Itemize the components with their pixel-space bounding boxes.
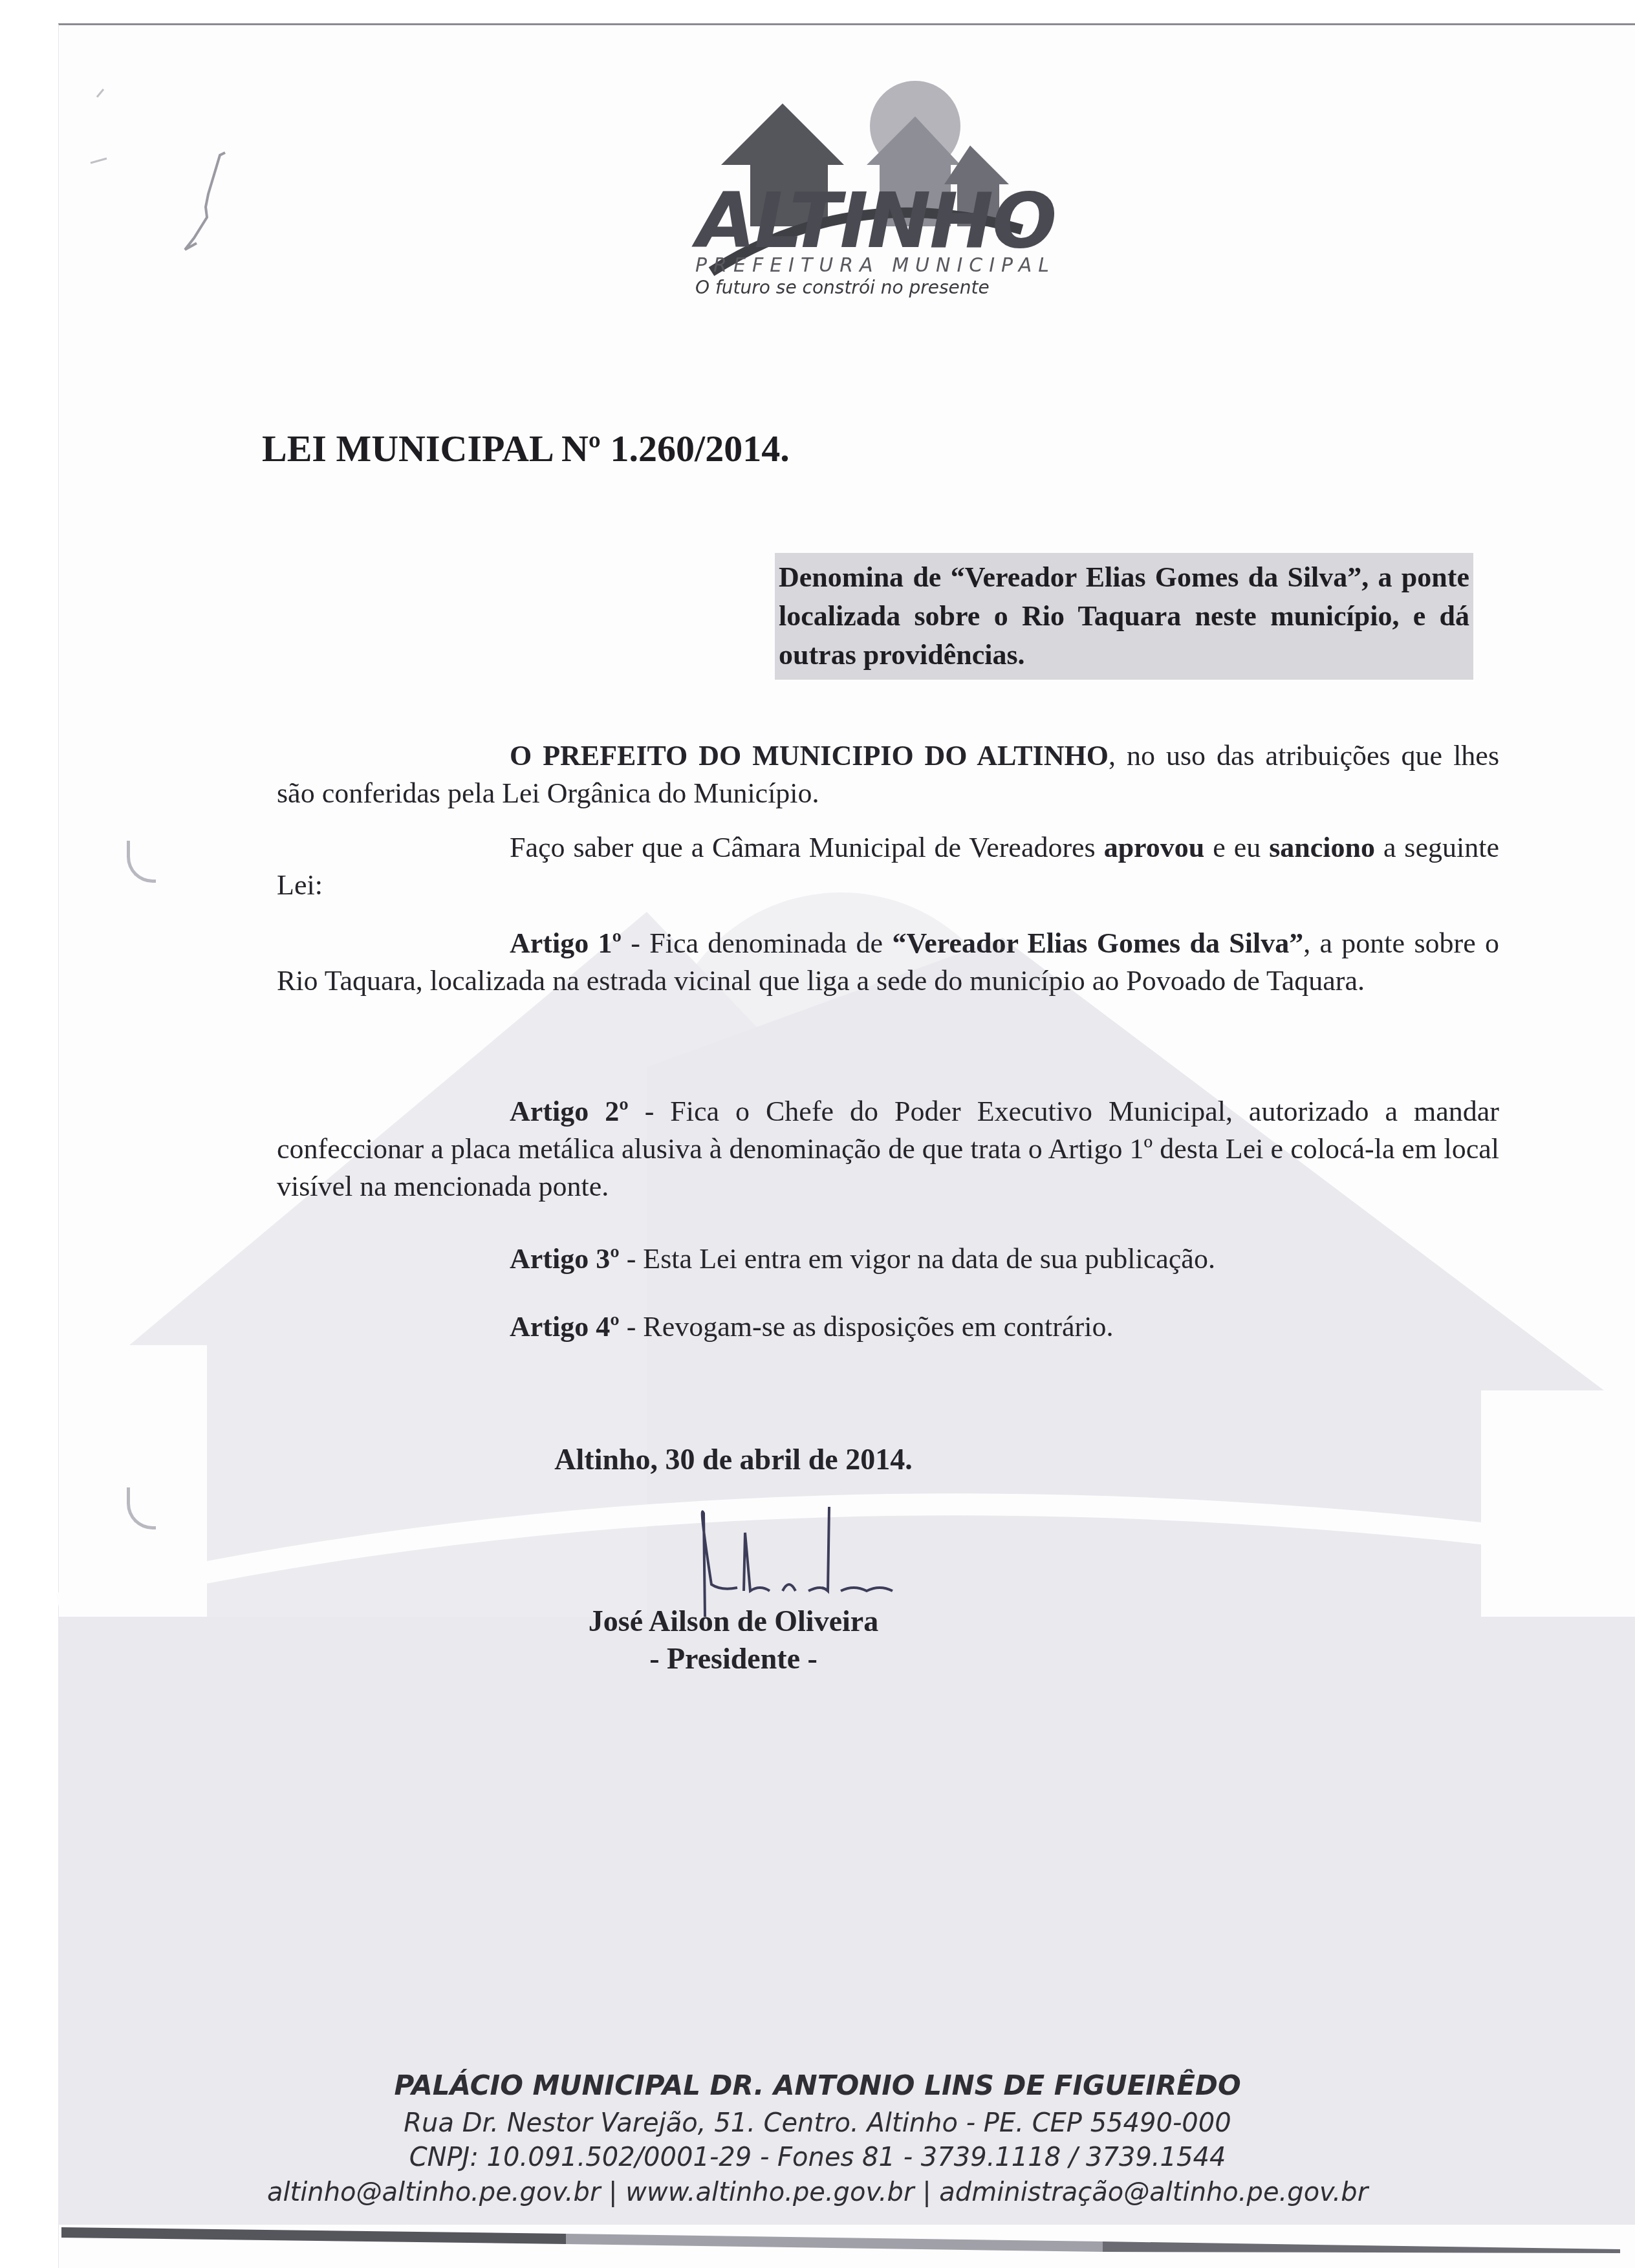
logo-subtitle: PREFEITURA MUNICIPAL [695,254,1056,277]
signer-role: - Presidente - [0,1641,1551,1676]
place-date: Altinho, 30 de abril de 2014. [0,1442,1551,1476]
footer-color-bar [61,2227,1620,2253]
law-title: LEI MUNICIPAL Nº 1.260/2014. [262,427,790,470]
article-2: Artigo 2º - Fica o Chefe do Poder Execut… [277,1093,1499,1205]
enactment-sanction: sanciono [1269,832,1375,863]
footer-cnpj-phones: CNPJ: 10.091.502/0001-29 - Fones 81 - 37… [0,2143,1635,2172]
staple-mark [0,0,259,272]
law-ementa-box: Denomina de “Vereador Elias Gomes da Sil… [775,553,1473,680]
footer-address: Rua Dr. Nestor Varejão, 51. Centro. Alti… [0,2108,1635,2138]
article-label: Artigo 1º [510,927,622,959]
logo-wordmark: ALTINHO [697,182,1056,259]
enactment-paragraph: Faço saber que a Câmara Municipal de Ver… [277,829,1499,904]
article-text: - Revogam-se as disposições em contrário… [620,1311,1114,1343]
article-label: Artigo 4º [510,1311,620,1343]
article-text: - Esta Lei entra em vigor na data de sua… [620,1243,1215,1275]
signer-name: José Ailson de Oliveira [0,1604,1551,1638]
article-1: Artigo 1º - Fica denominada de “Vereador… [277,925,1499,1000]
preamble-paragraph: O PREFEITO DO MUNICIPIO DO ALTINHO, no u… [277,737,1499,812]
enactment-approved: aprovou [1104,832,1205,863]
article-text: - Fica o Chefe do Poder Executivo Munici… [277,1096,1499,1202]
footer-contacts: altinho@altinho.pe.gov.br | www.altinho.… [0,2177,1635,2207]
preamble-authority: O PREFEITO DO MUNICIPIO DO ALTINHO [510,740,1109,772]
logo-tagline: O futuro se constrói no presente [695,277,990,298]
article-label: Artigo 3º [510,1243,620,1275]
article-bridge-name: “Vereador Elias Gomes da Silva” [892,927,1303,959]
article-label: Artigo 2º [510,1096,629,1127]
article-3: Artigo 3º - Esta Lei entra em vigor na d… [277,1240,1499,1278]
enactment-text: Faço saber que a Câmara Municipal de Ver… [510,832,1104,863]
article-text: - Fica denominada de [622,927,892,959]
footer-palace-name: PALÁCIO MUNICIPAL DR. ANTONIO LINS DE FI… [0,2069,1635,2101]
article-4: Artigo 4º - Revogam-se as disposições em… [277,1308,1499,1346]
enactment-text: e eu [1204,832,1269,863]
